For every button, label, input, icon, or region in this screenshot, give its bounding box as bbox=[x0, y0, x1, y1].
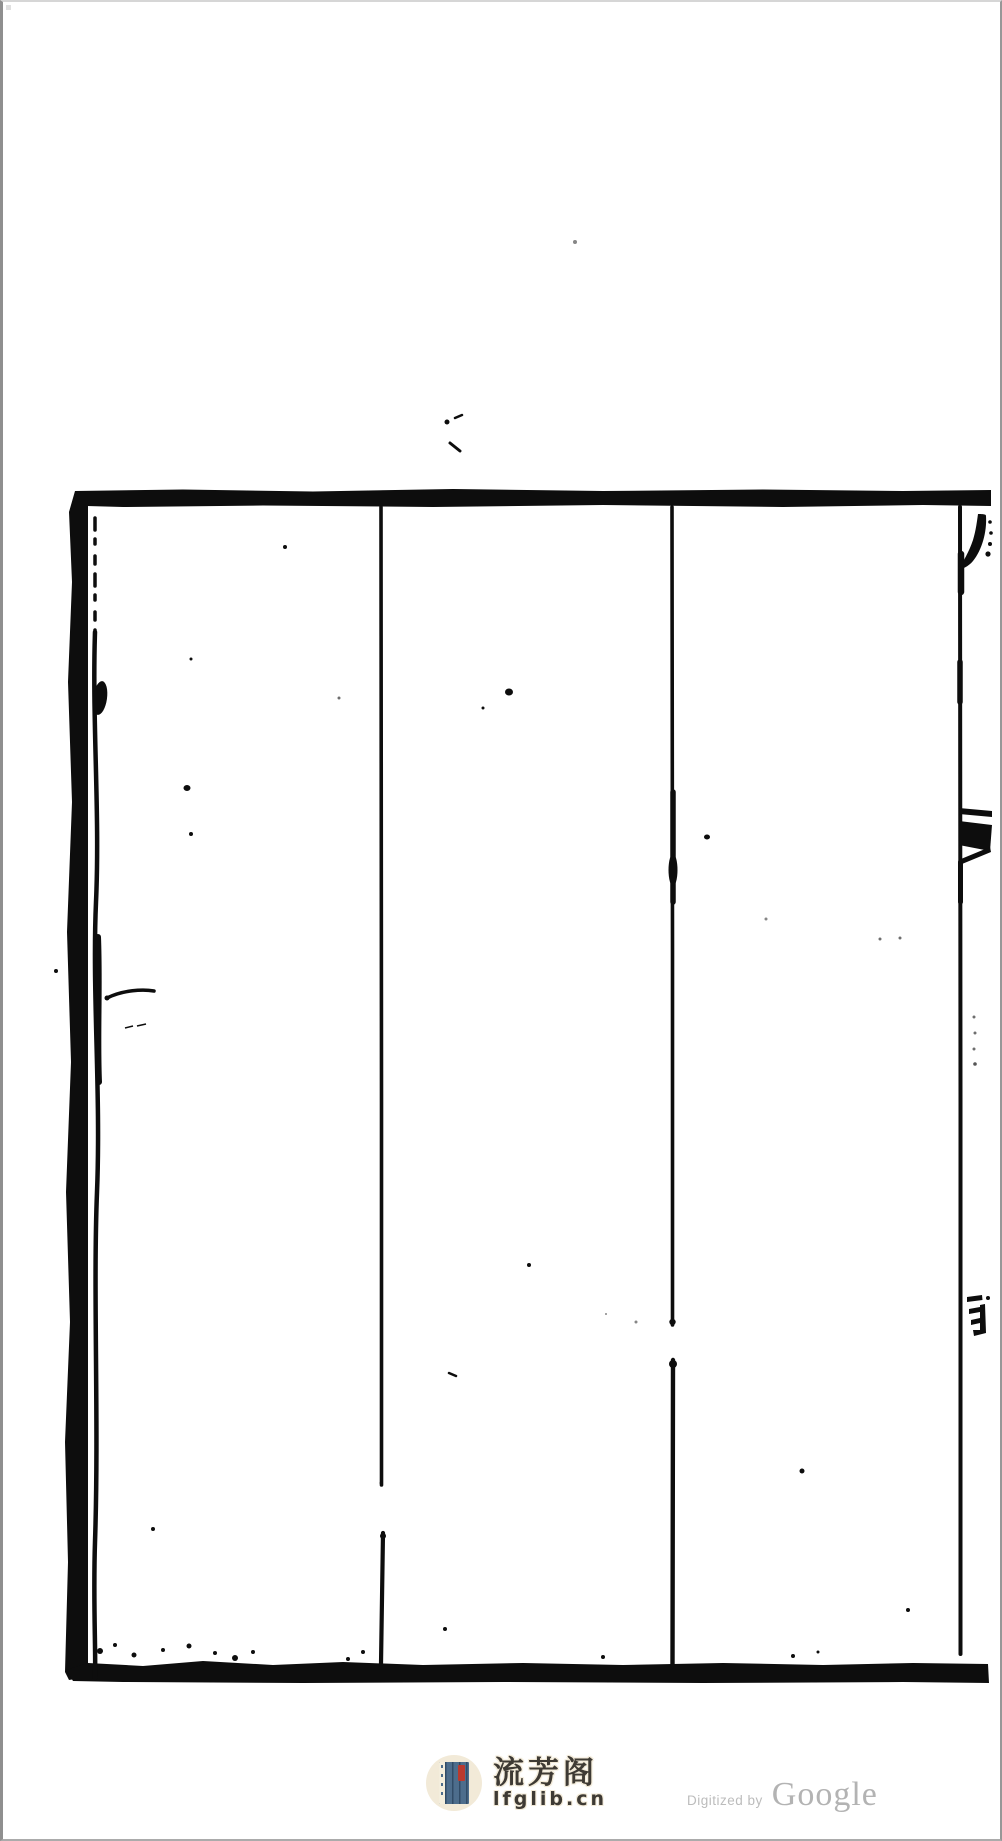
watermark-url: lfglib.cn bbox=[493, 1790, 607, 1809]
ink-specks bbox=[54, 240, 977, 1661]
book-cover-lines bbox=[445, 1762, 469, 1804]
printed-frame-art bbox=[3, 2, 1002, 1841]
watermark-badge-circle bbox=[426, 1755, 482, 1811]
column-line-1 bbox=[380, 507, 386, 1664]
scan-corner-notch bbox=[6, 5, 11, 10]
partial-glyph-top bbox=[958, 514, 993, 570]
column-line-2 bbox=[669, 507, 678, 1666]
digitized-by-label: Digitized by bbox=[687, 1793, 763, 1808]
frame-bottom-border bbox=[66, 1661, 989, 1683]
watermark-text-block: 流芳阁 lfglib.cn bbox=[493, 1758, 607, 1809]
book-stitching bbox=[441, 1765, 443, 1801]
book-title-label bbox=[458, 1765, 465, 1781]
watermark-badge: 流芳阁 lfglib.cn bbox=[426, 1755, 607, 1811]
column-line-3 bbox=[960, 507, 961, 1654]
partial-glyph-bottom bbox=[967, 1295, 990, 1336]
digitized-credit: Digitized by Google bbox=[687, 1776, 878, 1814]
watermark-title: 流芳阁 bbox=[493, 1758, 607, 1789]
frame-top-border bbox=[75, 489, 991, 507]
google-logo: Google bbox=[772, 1776, 878, 1814]
book-icon bbox=[439, 1762, 469, 1804]
partial-glyph-middle bbox=[959, 808, 992, 864]
frame-left-border bbox=[65, 491, 88, 1680]
scanned-book-page: 流芳阁 lfglib.cn Digitized by Google bbox=[0, 0, 1002, 1841]
